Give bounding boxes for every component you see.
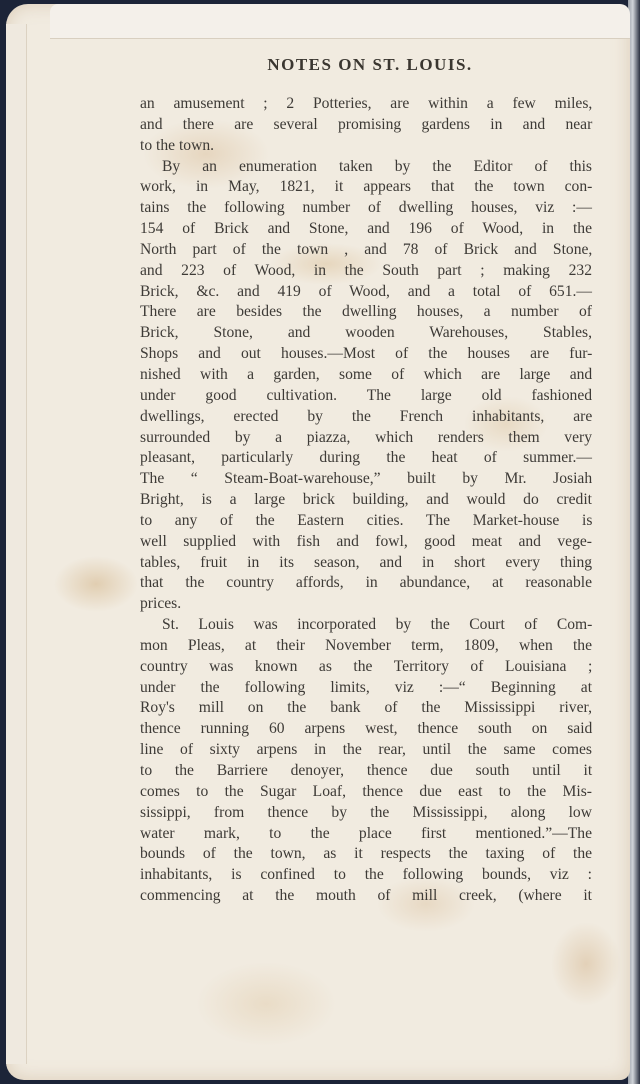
text-line: inhabitants, is confined to the followin… xyxy=(140,865,592,886)
text-line: 154 of Brick and Stone, and 196 of Wood,… xyxy=(140,219,592,240)
text-line: that the country affords, in abundance, … xyxy=(140,573,592,594)
page-body-text: an amusement ; 2 Potteries, are within a… xyxy=(140,94,592,907)
text-line: tains the following number of dwelling h… xyxy=(140,198,592,219)
text-line: The “ Steam-Boat-warehouse,” built by Mr… xyxy=(140,469,592,490)
text-line: and 223 of Wood, in the South part ; mak… xyxy=(140,261,592,282)
page-edge-top xyxy=(50,4,630,39)
text-line: nished with a garden, some of which are … xyxy=(140,365,592,386)
text-line: an amusement ; 2 Potteries, are within a… xyxy=(140,94,592,115)
text-line: Shops and out houses.—Most of the houses… xyxy=(140,344,592,365)
text-line: water mark, to the place first mentioned… xyxy=(140,824,592,845)
text-line: By an enumeration taken by the Editor of… xyxy=(140,157,592,178)
text-line: line of sixty arpens in the rear, until … xyxy=(140,740,592,761)
text-line: to the Barriere denoyer, thence due sout… xyxy=(140,761,592,782)
text-line: prices. xyxy=(140,594,592,615)
text-line: commencing at the mouth of mill creek, (… xyxy=(140,886,592,907)
text-line: dwellings, erected by the French inhabit… xyxy=(140,407,592,428)
text-line: thence running 60 arpens west, thence so… xyxy=(140,719,592,740)
text-line: bounds of the town, as it respects the t… xyxy=(140,844,592,865)
text-line: under the following limits, viz :—“ Begi… xyxy=(140,678,592,699)
text-line: well supplied with fish and fowl, good m… xyxy=(140,532,592,553)
text-line: North part of the town , and 78 of Brick… xyxy=(140,240,592,261)
text-line: sissippi, from thence by the Mississippi… xyxy=(140,803,592,824)
text-line: tables, fruit in its season, and in shor… xyxy=(140,553,592,574)
text-line: to the town. xyxy=(140,136,592,157)
text-line: under good cultivation. The large old fa… xyxy=(140,386,592,407)
text-line: Brick, Stone, and wooden Warehouses, Sta… xyxy=(140,323,592,344)
text-line: Brick, &c. and 419 of Wood, and a total … xyxy=(140,282,592,303)
text-line: work, in May, 1821, it appears that the … xyxy=(140,177,592,198)
text-line: and there are several promising gardens … xyxy=(140,115,592,136)
text-line: Roy's mill on the bank of the Mississipp… xyxy=(140,698,592,719)
text-line: St. Louis was incorporated by the Court … xyxy=(140,615,592,636)
page-edge-left xyxy=(6,24,27,1064)
text-line: There are besides the dwelling houses, a… xyxy=(140,302,592,323)
text-line: pleasant, particularly during the heat o… xyxy=(140,448,592,469)
text-line: to any of the Eastern cities. The Market… xyxy=(140,511,592,532)
text-line: comes to the Sugar Loaf, thence due east… xyxy=(140,782,592,803)
running-head: NOTES ON ST. LOUIS. xyxy=(140,55,600,75)
text-line: Bright, is a large brick building, and w… xyxy=(140,490,592,511)
text-line: surrounded by a piazza, which renders th… xyxy=(140,428,592,449)
text-line: mon Pleas, at their November term, 1809,… xyxy=(140,636,592,657)
text-line: country was known as the Territory of Lo… xyxy=(140,657,592,678)
